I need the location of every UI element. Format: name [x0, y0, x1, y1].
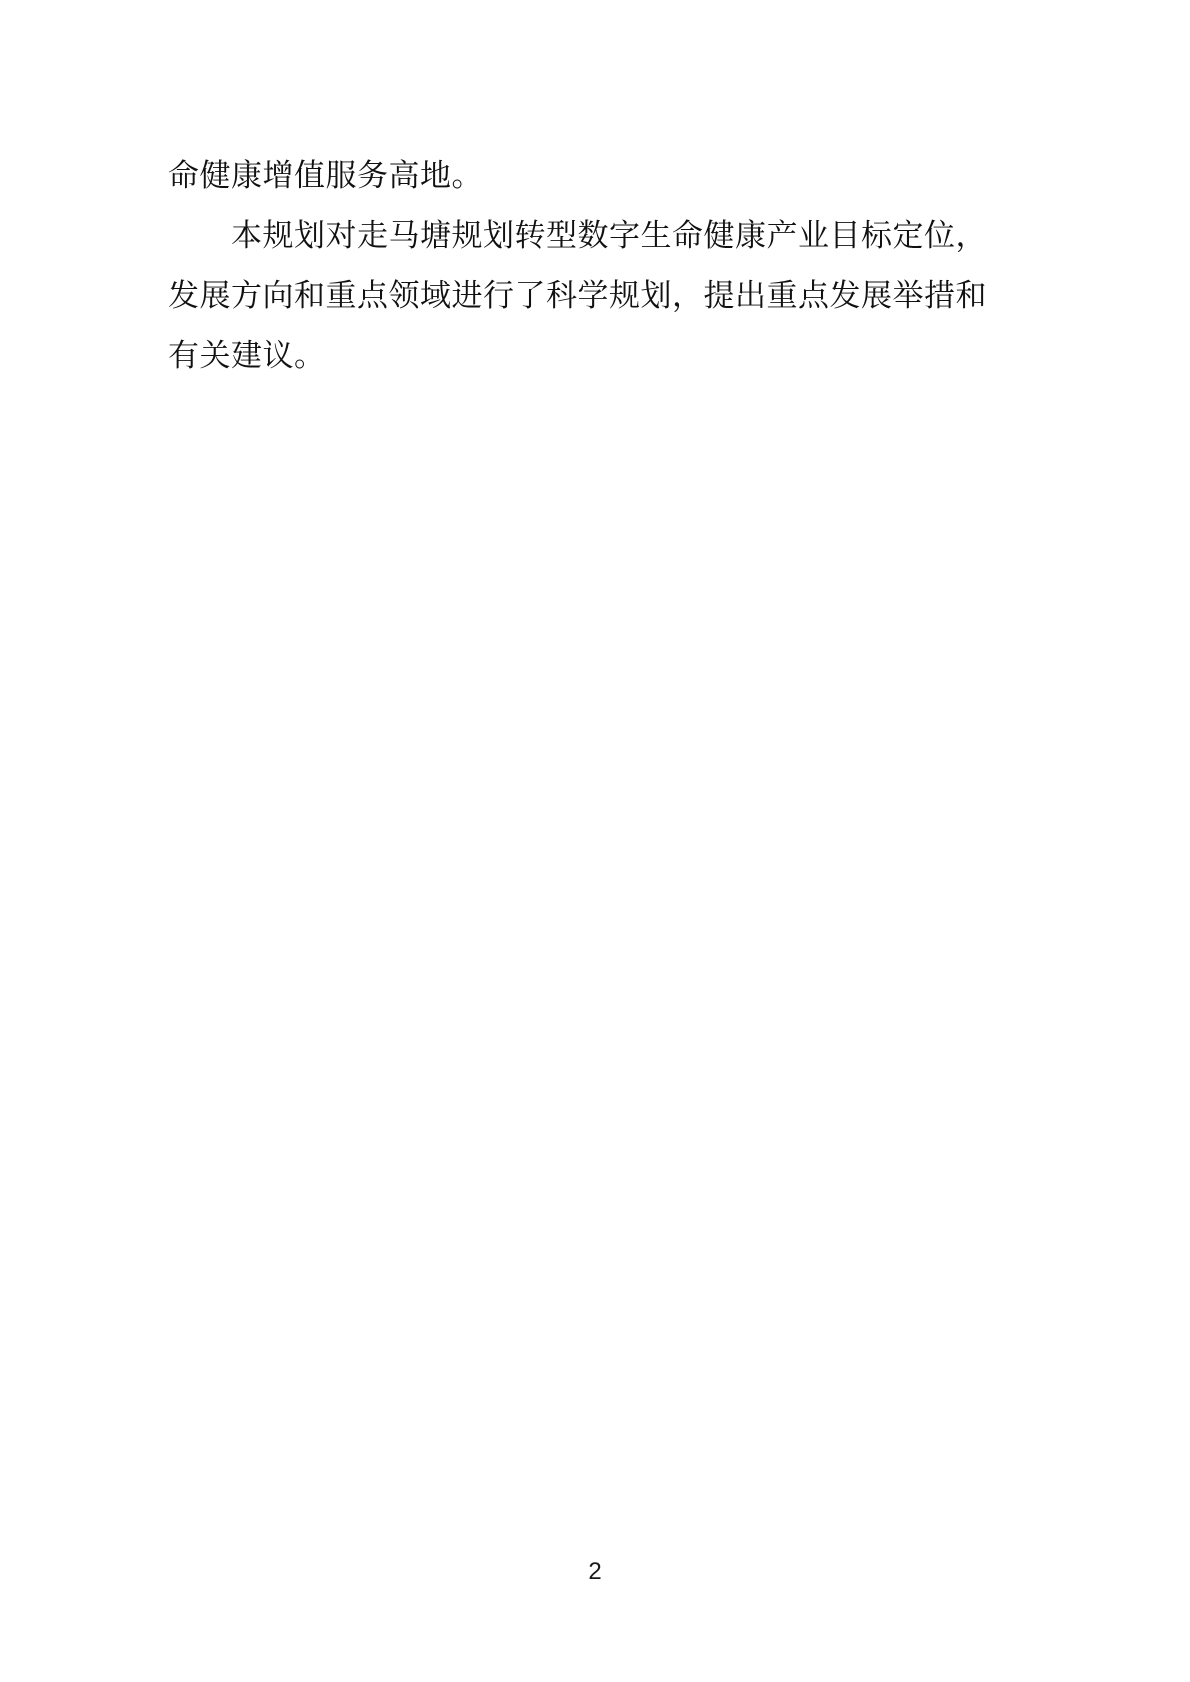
paragraph-line-4: 有关建议。 [168, 326, 992, 386]
body-text: 命健康增值服务高地。 本规划对走马塘规划转型数字生命健康产业目标定位， 发展方向… [168, 146, 992, 386]
paragraph-line-2: 本规划对走马塘规划转型数字生命健康产业目标定位， [168, 206, 992, 266]
document-page: 命健康增值服务高地。 本规划对走马塘规划转型数字生命健康产业目标定位， 发展方向… [0, 0, 1190, 1682]
page-number: 2 [588, 1558, 601, 1585]
paragraph-line-3: 发展方向和重点领域进行了科学规划，提出重点发展举措和 [168, 266, 992, 326]
page-footer: 2 [0, 1558, 1190, 1586]
paragraph-line-1: 命健康增值服务高地。 [168, 146, 992, 206]
